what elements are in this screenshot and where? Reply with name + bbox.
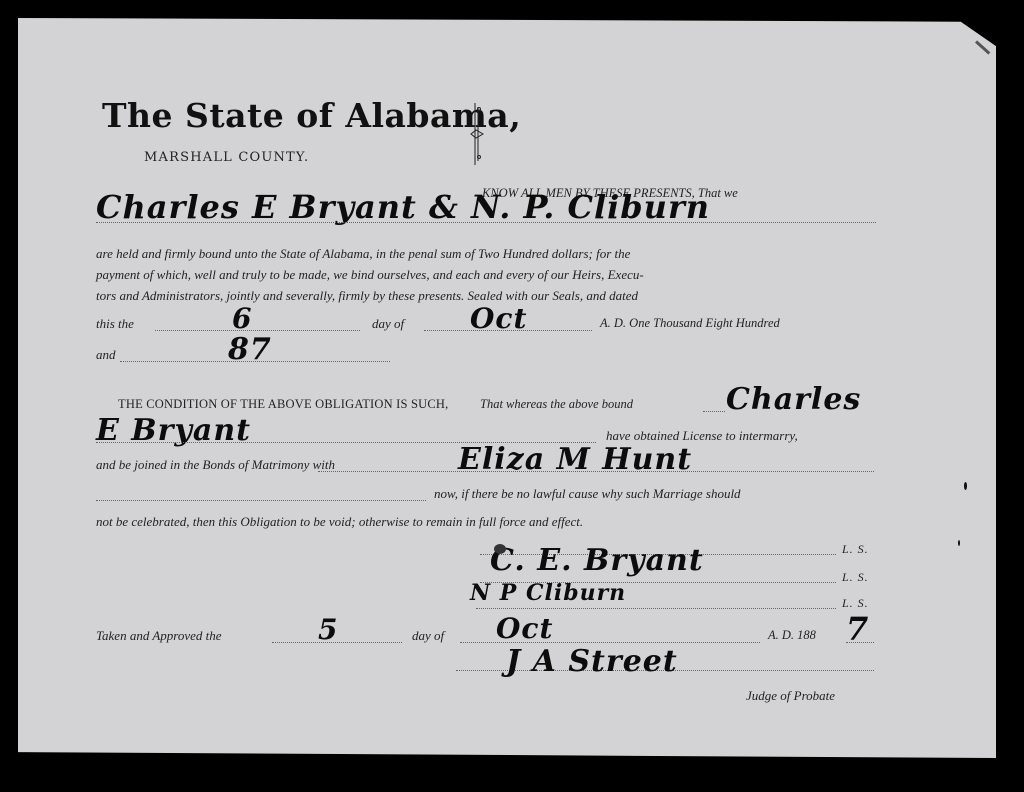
- year-handwritten: 87: [228, 332, 272, 367]
- groom-line-1: [703, 411, 725, 412]
- blank-line: [96, 500, 426, 501]
- margin-mark: [964, 482, 967, 490]
- county-name: MARSHALL COUNTY.: [144, 150, 309, 165]
- approval-day-of: day of: [412, 628, 444, 644]
- lawful-text: now, if there be no lawful cause why suc…: [434, 486, 741, 502]
- approval-month: Oct: [496, 612, 553, 645]
- dated-day-line: [155, 330, 360, 331]
- signature-line-3: [476, 608, 836, 609]
- condition-caps: THE CONDITION OF THE ABOVE OBLIGATION IS…: [118, 397, 449, 412]
- dated-day: 6: [232, 302, 252, 335]
- approval-day: 5: [318, 613, 338, 646]
- dated-day-of: day of: [372, 316, 404, 332]
- groom-name-part1: Charles: [726, 382, 861, 417]
- seal-label-3: L. S.: [842, 596, 869, 611]
- matrimony-text: and be joined in the Bonds of Matrimony …: [96, 457, 335, 473]
- judge-title: Judge of Probate: [746, 688, 835, 704]
- body-line-2: payment of which, well and truly to be m…: [96, 267, 644, 283]
- void-text: not be celebrated, then this Obligation …: [96, 514, 583, 530]
- dated-month: Oct: [470, 302, 527, 335]
- signature-cliburn: N P Cliburn: [470, 580, 626, 606]
- body-line-3: tors and Administrators, jointly and sev…: [96, 288, 638, 304]
- approval-ad-label: A. D. 188: [768, 628, 816, 643]
- obligors-line: [96, 222, 876, 223]
- seal-label-1: L. S.: [842, 542, 869, 557]
- obligors-handwritten: Charles E Bryant & N. P. Cliburn: [96, 188, 710, 226]
- judge-signature: J A Street: [506, 644, 678, 679]
- body-line-1: are held and firmly bound unto the State…: [96, 246, 630, 262]
- signature-bryant: C. E. Bryant: [490, 543, 704, 578]
- ornament-icon: [470, 101, 484, 167]
- ink-blot: [494, 544, 506, 554]
- dated-prefix: this the: [96, 316, 134, 332]
- approval-prefix: Taken and Approved the: [96, 628, 222, 644]
- year-prefix: and: [96, 347, 116, 363]
- approval-year-line: [846, 642, 874, 643]
- seal-label-2: L. S.: [842, 570, 869, 585]
- bride-name: Eliza M Hunt: [458, 442, 692, 477]
- condition-italic: That whereas the above bound: [480, 397, 633, 412]
- dated-suffix: A. D. One Thousand Eight Hundred: [600, 316, 780, 331]
- document-title: The State of Alabama,: [102, 96, 521, 135]
- margin-mark: [958, 540, 960, 546]
